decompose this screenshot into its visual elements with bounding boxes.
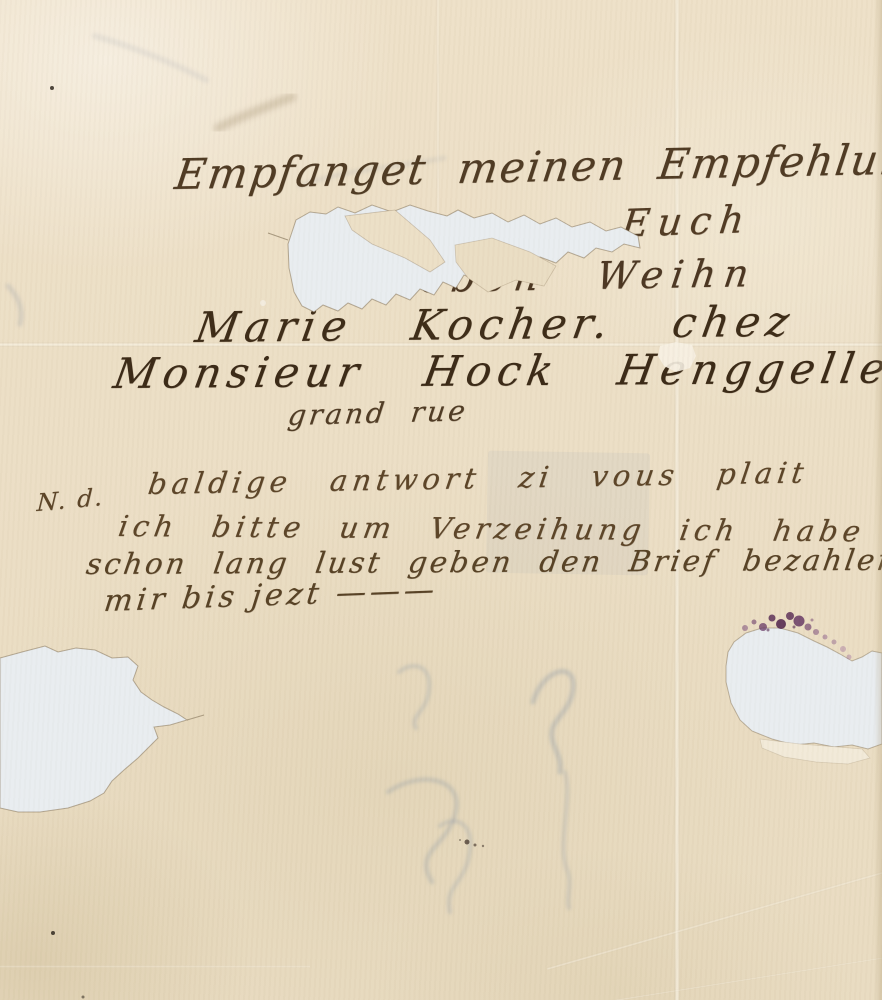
torn-hole-right (726, 628, 882, 749)
handwriting-line-2: Euren Euch (382, 197, 755, 254)
handwriting-line-1: Empfanget meinen Empfehlungen (172, 133, 882, 199)
diagonal-crease-2 (602, 955, 882, 1000)
brown-smudge (218, 97, 292, 128)
speck-bottom-left (51, 931, 55, 935)
speck-top-left (50, 86, 54, 90)
handwriting-line-8: ich bitte um Verzeihung ich habe (116, 509, 868, 548)
handwriting-line-3: eben Weihn (418, 251, 760, 301)
handwriting-line-6: grand rue (286, 394, 470, 432)
handwriting-line-5: Monsieur Hock Henggeller. (110, 343, 882, 398)
tear-crack-left (187, 715, 204, 720)
fold-crease-bottom-faint (0, 965, 310, 968)
handwriting-line-7: baldige antwort zi vous plait (146, 455, 811, 501)
diagonal-crease-1 (547, 863, 882, 971)
tear-crack-top (268, 233, 288, 240)
handwriting-line-9: schon lang lust geben den Brief bezahlen (84, 543, 882, 581)
handwriting-margin-note: N. d. (36, 483, 105, 517)
handwriting-line-4: Marie Kocher. chez (192, 297, 799, 352)
wax-seal-remnant (742, 612, 852, 660)
speck-bottom-edge (82, 996, 85, 999)
letter-scan: Empfanget meinen Empfehlungen Euren Euch… (0, 0, 882, 1000)
ink-blot (459, 839, 484, 847)
torn-flap-right (760, 739, 870, 764)
torn-hole-left (0, 646, 187, 812)
